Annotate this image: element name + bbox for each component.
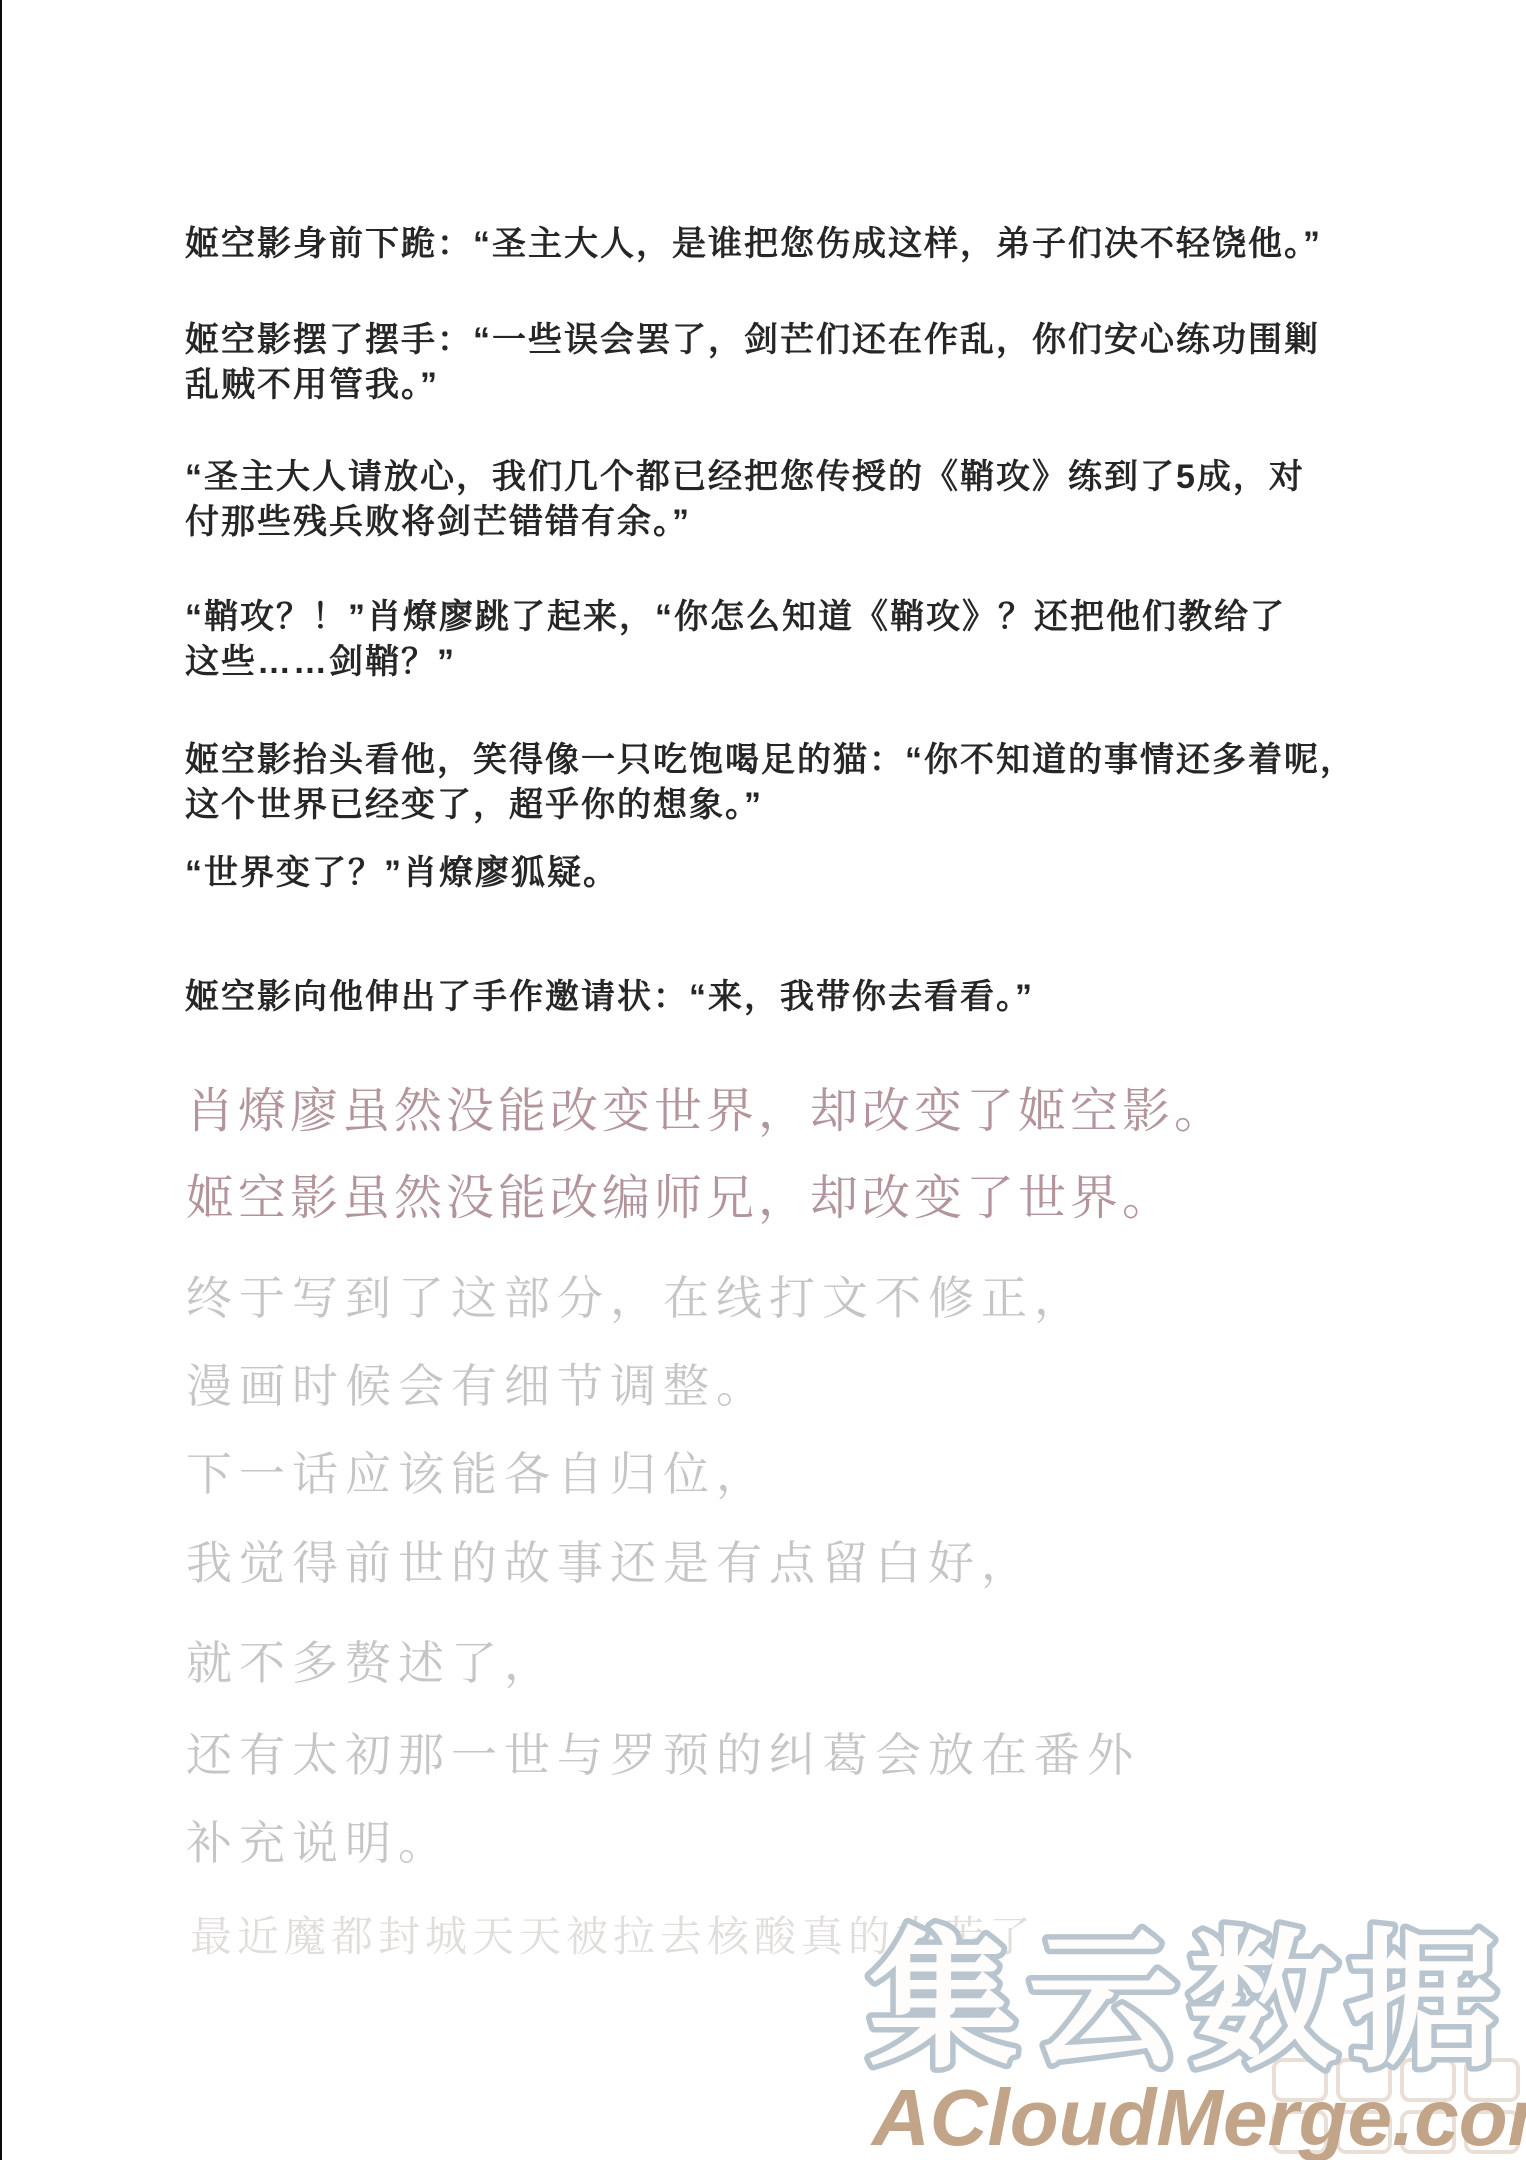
afterword-note-line-5: 就不多赘述了，	[186, 1637, 1506, 1689]
story-line: 姬空影向他伸出了手作邀请状：“来，我带你去看看。”	[185, 975, 1435, 1020]
story-paragraph-7: 姬空影向他伸出了手作邀请状：“来，我带你去看看。”	[185, 975, 1435, 1020]
story-line: “圣主大人请放心，我们几个都已经把您传授的《鞘攻》练到了5成，对	[185, 455, 1435, 500]
story-line: 姬空影摆了摆手：“一些误会罢了，剑芒们还在作乱，你们安心练功围剿	[185, 318, 1435, 363]
watermark-brand-text: 集云数据	[860, 1913, 1526, 2088]
story-line: 姬空影身前下跪：“圣主大人，是谁把您伤成这样，弟子们决不轻饶他。”	[185, 222, 1435, 267]
story-paragraph-6: “世界变了？”肖燎廖狐疑。	[185, 851, 1435, 896]
afterword-note-line-2: 漫画时候会有细节调整。	[186, 1360, 1506, 1412]
story-paragraph-4: “鞘攻？！”肖燎廖跳了起来，“你怎么知道《鞘攻》？还把他们教给了 这些……剑鞘？…	[185, 595, 1435, 685]
left-edge-line	[0, 0, 2, 2160]
story-paragraph-1: 姬空影身前下跪：“圣主大人，是谁把您伤成这样，弟子们决不轻饶他。”	[185, 222, 1435, 267]
story-paragraph-2: 姬空影摆了摆手：“一些误会罢了，剑芒们还在作乱，你们安心练功围剿 乱贼不用管我。…	[185, 318, 1435, 408]
story-line: “世界变了？”肖燎廖狐疑。	[185, 851, 1435, 896]
watermark-brand-glyphs: 集云数据	[868, 1917, 1508, 2085]
afterword-note-line-3: 下一话应该能各自归位，	[186, 1448, 1506, 1500]
afterword-note-line-6: 还有太初那一世与罗预的纠葛会放在番外	[186, 1729, 1506, 1781]
watermark-site-text: ACloudMerge.com	[872, 2072, 1526, 2160]
story-line: 乱贼不用管我。”	[185, 363, 1435, 408]
story-line: 这个世界已经变了，超乎你的想象。”	[185, 783, 1435, 828]
afterword-highlight-line-1: 肖燎廖虽然没能改变世界，却改变了姬空影。	[186, 1085, 1486, 1139]
story-line: 这些……剑鞘？”	[185, 640, 1435, 685]
story-line: “鞘攻？！”肖燎廖跳了起来，“你怎么知道《鞘攻》？还把他们教给了	[185, 595, 1435, 640]
comic-afterword-page: 姬空影身前下跪：“圣主大人，是谁把您伤成这样，弟子们决不轻饶他。” 姬空影摆了摆…	[0, 0, 1526, 2160]
afterword-highlight-line-2: 姬空影虽然没能改编师兄，却改变了世界。	[186, 1172, 1486, 1226]
afterword-note-line-7: 补充说明。	[186, 1817, 1506, 1869]
afterword-note-line-4: 我觉得前世的故事还是有点留白好，	[186, 1537, 1506, 1589]
story-paragraph-5: 姬空影抬头看他，笑得像一只吃饱喝足的猫：“你不知道的事情还多着呢， 这个世界已经…	[185, 738, 1435, 828]
afterword-note-line-1: 终于写到了这部分，在线打文不修正，	[186, 1272, 1506, 1324]
story-paragraph-3: “圣主大人请放心，我们几个都已经把您传授的《鞘攻》练到了5成，对 付那些残兵败将…	[185, 455, 1435, 545]
story-line: 姬空影抬头看他，笑得像一只吃饱喝足的猫：“你不知道的事情还多着呢，	[185, 738, 1435, 783]
story-line: 付那些残兵败将剑芒错错有余。”	[185, 500, 1435, 545]
